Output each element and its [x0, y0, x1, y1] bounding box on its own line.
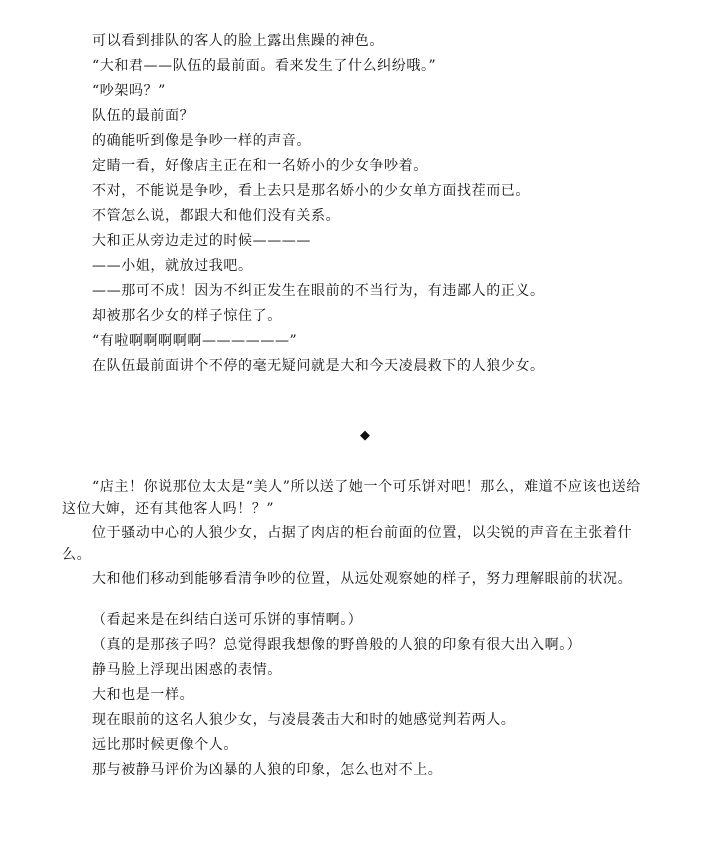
section-divider-diamond-icon: ◆	[360, 428, 370, 444]
paragraph: 位于骚动中心的人狼少女，占据了肉店的柜台前面的位置，以尖锐的声音在主张着什么。	[62, 522, 644, 566]
text-line: 静马脸上浮现出困惑的表情。	[92, 661, 282, 679]
text-line: 的确能听到像是争吵一样的声音。	[92, 132, 311, 150]
text-line: （真的是那孩子吗？总觉得跟我想像的野兽般的人狼的印象有很大出入啊。）	[92, 636, 581, 654]
text-line: 却被那名少女的样子惊住了。	[92, 307, 282, 325]
text-line: 那与被静马评价为凶暴的人狼的印象，怎么也对不上。	[92, 761, 442, 779]
text-line: 可以看到排队的客人的脸上露出焦躁的神色。	[92, 32, 384, 50]
document-page: 可以看到排队的客人的脸上露出焦躁的神色。 “大和君——队伍的最前面。看来发生了什…	[0, 0, 708, 850]
text-line: 不对，不能说是争吵，看上去只是那名娇小的少女单方面找茬而已。	[92, 182, 530, 200]
text-line: “吵架吗？”	[92, 82, 166, 100]
paragraph: “店主！你说那位太太是“美人”所以送了她一个可乐饼对吧！那么，难道不应该也送给这…	[62, 476, 644, 520]
text-line: 队伍的最前面？	[92, 107, 194, 125]
text-line: ——那可不成！因为不纠正发生在眼前的不当行为，有违鄙人的正义。	[92, 282, 545, 300]
text-line: “有啦啊啊啊啊啊——————”	[92, 332, 297, 350]
text-line: 大和正从旁边走过的时候————	[92, 232, 311, 250]
text-line: 现在眼前的这名人狼少女，与凌晨袭击大和时的她感觉判若两人。	[92, 711, 515, 729]
text-line: 远比那时候更像个人。	[92, 736, 238, 754]
paragraph: 大和他们移动到能够看清争吵的位置，从远处观察她的样子，努力理解眼前的状况。	[62, 568, 644, 590]
text-line: ——小姐，就放过我吧。	[92, 257, 253, 275]
text-line: 定睛一看，好像店主正在和一名娇小的少女争吵着。	[92, 157, 428, 175]
text-line: “大和君——队伍的最前面。看来发生了什么纠纷哦。”	[92, 57, 436, 75]
text-line: 在队伍最前面讲个不停的毫无疑问就是大和今天凌晨救下的人狼少女。	[92, 357, 545, 375]
text-line: （看起来是在纠结白送可乐饼的事情啊。）	[92, 611, 362, 629]
text-line: 大和也是一样。	[92, 686, 194, 704]
text-line: 不管怎么说，都跟大和他们没有关系。	[92, 207, 340, 225]
